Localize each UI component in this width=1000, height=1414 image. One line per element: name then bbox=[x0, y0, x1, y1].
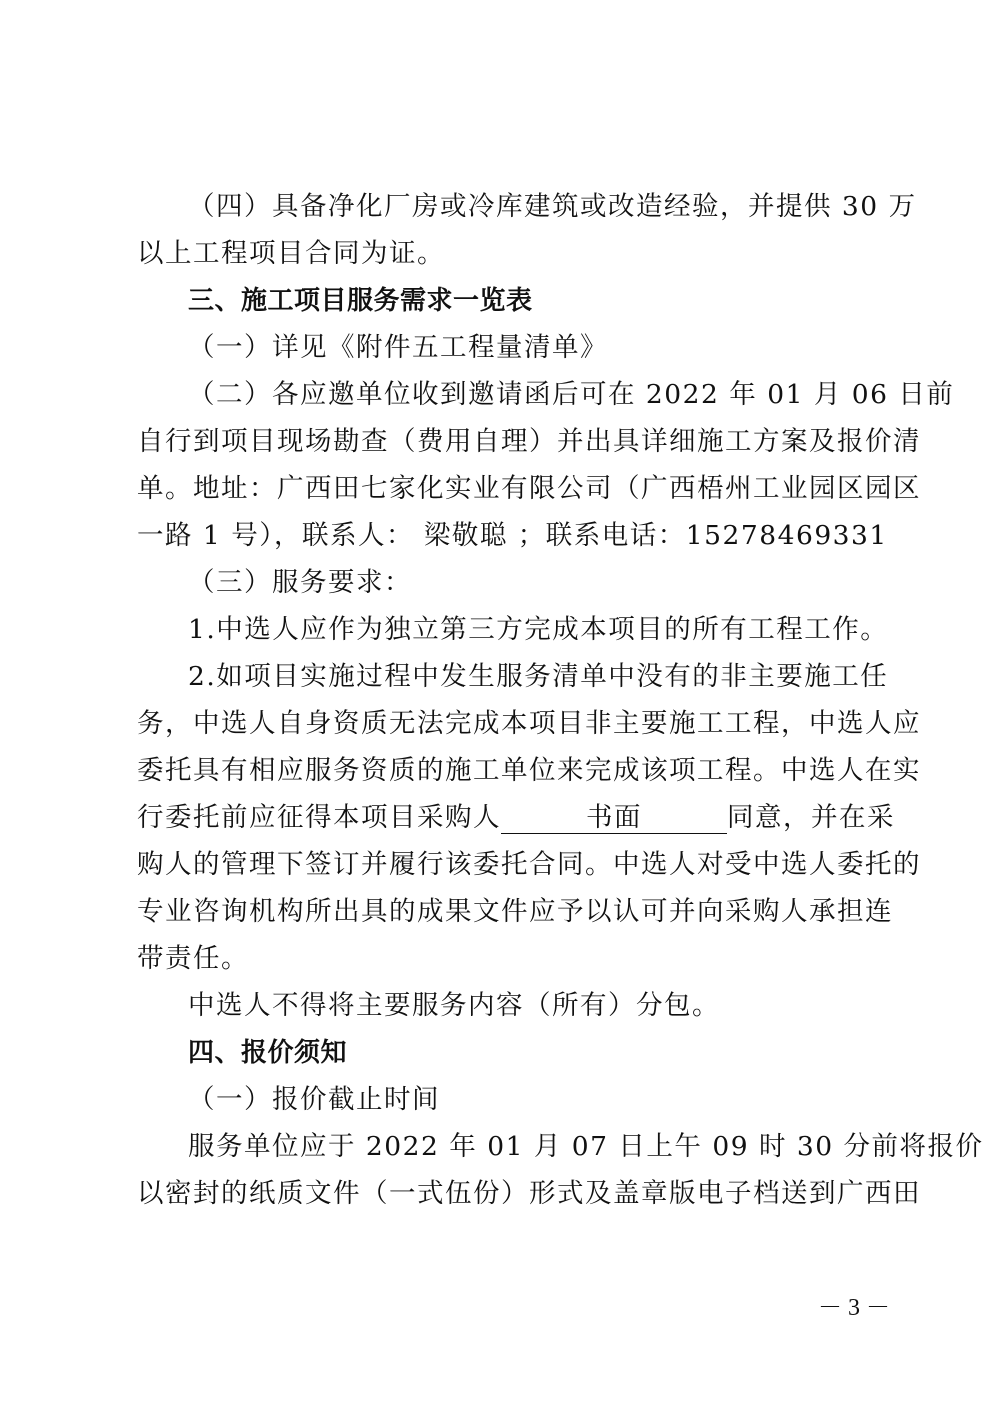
requirement-item-1: 1.中选人应作为独立第三方完成本项目的所有工程工作。 bbox=[188, 612, 928, 648]
subsection-3-service-requirements: （三）服务要求： bbox=[188, 565, 928, 601]
document-page: （四）具备净化厂房或冷库建筑或改造经验，并提供 30 万 以上工程项目合同为证。… bbox=[0, 0, 1000, 1414]
page-number: － 3 － bbox=[818, 1290, 890, 1326]
paragraph-site-survey-line-3: 单。地址：广西田七家化实业有限公司（广西梧州工业园区园区 bbox=[137, 471, 877, 507]
requirement-item-2-line-4: 行委托前应征得本项目采购人书面同意，并在采 bbox=[137, 800, 877, 836]
section-heading-3: 三、施工项目服务需求一览表 bbox=[188, 283, 928, 319]
paragraph-site-survey-line-1: （二）各应邀单位收到邀请函后可在 2022 年 01 月 06 日前 bbox=[188, 377, 877, 413]
underlined-field-written: 书面 bbox=[501, 803, 727, 834]
paragraph-no-subcontract: 中选人不得将主要服务内容（所有）分包。 bbox=[188, 988, 928, 1024]
requirement-item-2-line-2: 务，中选人自身资质无法完成本项目非主要施工工程，中选人应 bbox=[137, 706, 877, 742]
paragraph-site-survey-line-2: 自行到项目现场勘查（费用自理）并出具详细施工方案及报价清 bbox=[137, 424, 877, 460]
line-text-after: 同意，并在采 bbox=[727, 802, 895, 833]
requirement-item-2-line-3: 委托具有相应服务资质的施工单位来完成该项工程。中选人在实 bbox=[137, 753, 877, 789]
line-text-before: 行委托前应征得本项目采购人 bbox=[137, 802, 501, 833]
subsection-1-see-attachment: （一）详见《附件五工程量清单》 bbox=[188, 330, 928, 366]
section-heading-4: 四、报价须知 bbox=[188, 1035, 928, 1071]
paragraph-deadline-line-1: 服务单位应于 2022 年 01 月 07 日上午 09 时 30 分前将报价 bbox=[188, 1129, 877, 1165]
subsection-quote-deadline: （一）报价截止时间 bbox=[188, 1082, 928, 1118]
requirement-item-2-line-6: 专业咨询机构所出具的成果文件应予以认可并向采购人承担连 bbox=[137, 894, 877, 930]
paragraph-qualification-4-line-1: （四）具备净化厂房或冷库建筑或改造经验，并提供 30 万 bbox=[188, 189, 877, 225]
requirement-item-2-line-7: 带责任。 bbox=[137, 941, 877, 977]
paragraph-deadline-line-2: 以密封的纸质文件（一式伍份）形式及盖章版电子档送到广西田 bbox=[137, 1176, 877, 1212]
requirement-item-2-line-1: 2.如项目实施过程中发生服务清单中没有的非主要施工任 bbox=[188, 659, 877, 695]
paragraph-qualification-4-line-2: 以上工程项目合同为证。 bbox=[137, 236, 877, 272]
requirement-item-2-line-5: 购人的管理下签订并履行该委托合同。中选人对受中选人委托的 bbox=[137, 847, 877, 883]
paragraph-contact-line: 一路 1 号），联系人： 梁敬聪 ；联系电话：15278469331 bbox=[137, 518, 877, 554]
